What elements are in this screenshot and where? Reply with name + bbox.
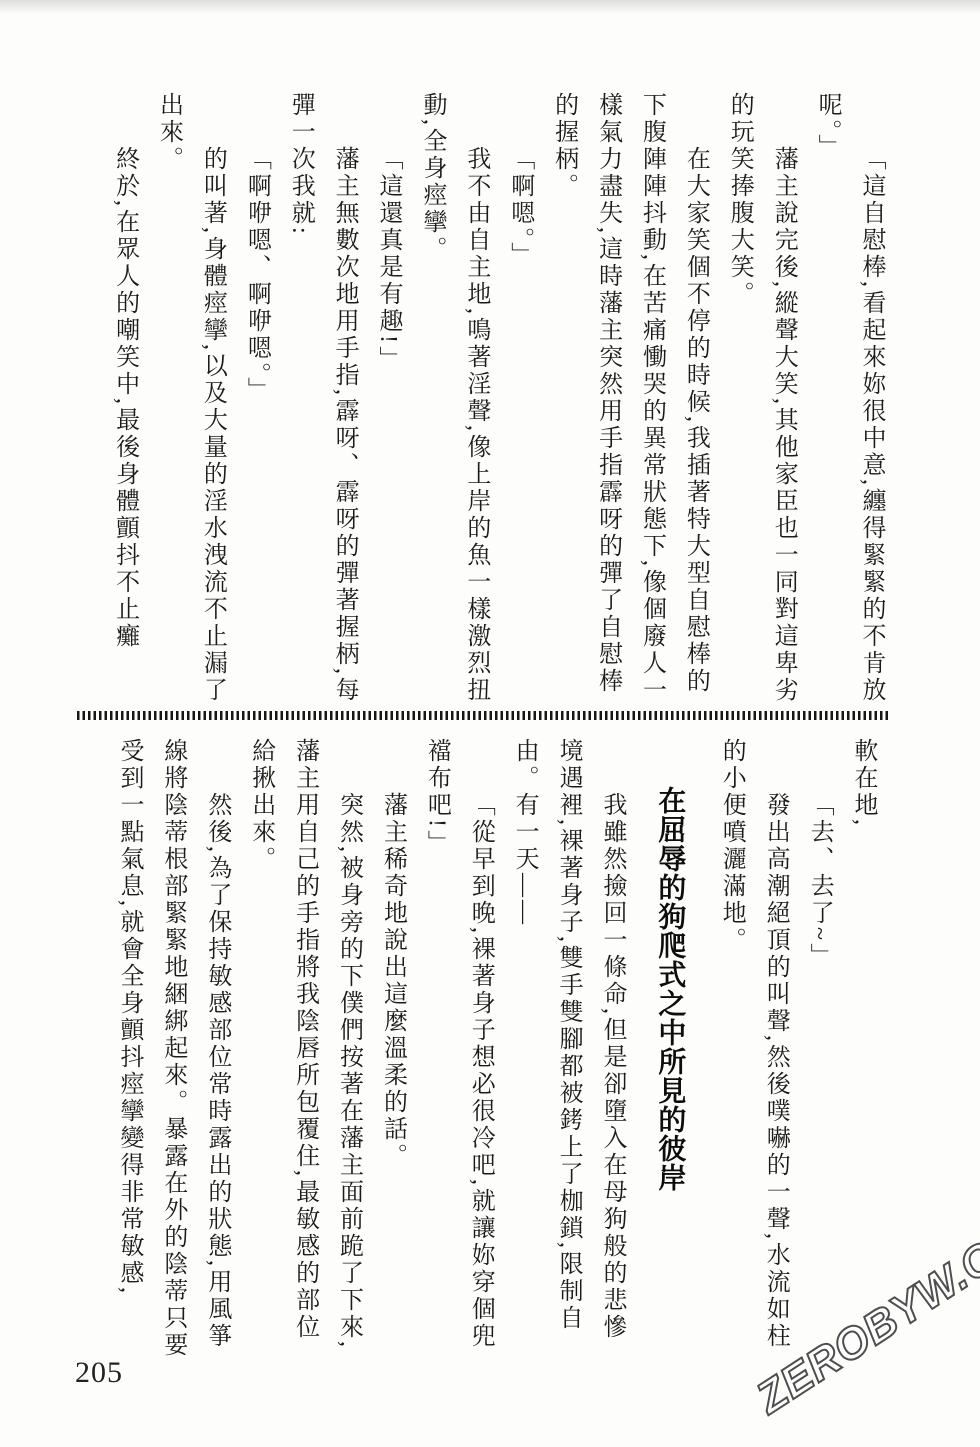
narration-line: 藩主無數次地用手指,霹呀、霹呀的彈著握柄,每彈一次我就:: [277, 92, 365, 716]
page-fold-divider: [77, 711, 890, 720]
bottom-half-page-text: 軟在地, 「去、去了~」 發出高潮絕頂的叫聲,然後噗嚇的一聲,水流如柱的小便噴灑…: [44, 738, 884, 1364]
dialogue-line: 「去、去了~」: [796, 738, 840, 1364]
page-number: 205: [75, 1356, 123, 1390]
narration-line: 突然,被身旁的下僕們按著在藩主面前跪了下來,藩主用自己的手指將我陰唇所包覆住,最…: [238, 738, 370, 1364]
narration-line: 發出高潮絕頂的叫聲,然後噗嚇的一聲,水流如柱的小便噴灑滿地。: [708, 738, 796, 1364]
narration-line: 藩主說完後,縱聲大笑,其他家臣也一同對這卑劣的玩笑捧腹大笑。: [716, 92, 804, 716]
narration-line: 然後,為了保持敏感部位常時露出的狀態,用風箏線將陰蒂根部緊緊地綑綁起來。暴露在外…: [106, 738, 238, 1364]
narration-line: 在大家笑個不停的時候,我插著特大型自慰棒的下腹陣陣抖動,在苦痛慟哭的異常狀態下,…: [541, 92, 717, 716]
section-heading: 在屈辱的狗爬式之中所見的彼岸: [649, 738, 692, 1364]
dialogue-line: 「這自慰棒,看起來妳很中意,纏得緊緊的不肯放呢。」: [804, 92, 892, 716]
narration-line: 我不由自主地,鳴著淫聲,像上岸的魚一樣激烈扭動,全身痙攣。: [409, 92, 497, 716]
dialogue-line: 「啊咿嗯、啊咿嗯。」: [233, 92, 277, 716]
top-half-page-text: 「這自慰棒,看起來妳很中意,纏得緊緊的不肯放呢。」 藩主說完後,縱聲大笑,其他家…: [72, 92, 892, 716]
book-page: 「這自慰棒,看起來妳很中意,纏得緊緊的不肯放呢。」 藩主說完後,縱聲大笑,其他家…: [0, 0, 980, 1447]
continuation-line: 軟在地,: [840, 738, 884, 1364]
dialogue-line: 「這還真是有趣!」: [365, 92, 409, 716]
narration-line: 藩主稀奇地說出這麼溫柔的話。: [370, 738, 414, 1364]
dialogue-line: 「從早到晚,裸著身子想必很冷吧,就讓妳穿個兜襠布吧!」: [413, 738, 501, 1364]
narration-line: 的叫著,身體痙攣,以及大量的淫水洩流不止漏了出來。: [146, 92, 234, 716]
narration-line: 終於,在眾人的嘲笑中,最後身體顫抖不止癱: [102, 92, 146, 716]
narration-line: 我雖然撿回一條命,但是卻墮入在母狗般的悲慘境遇裡,裸著身子,雙手雙腳都被銬上了枷…: [501, 738, 633, 1364]
dialogue-line: 「啊嗯。」: [497, 92, 541, 716]
